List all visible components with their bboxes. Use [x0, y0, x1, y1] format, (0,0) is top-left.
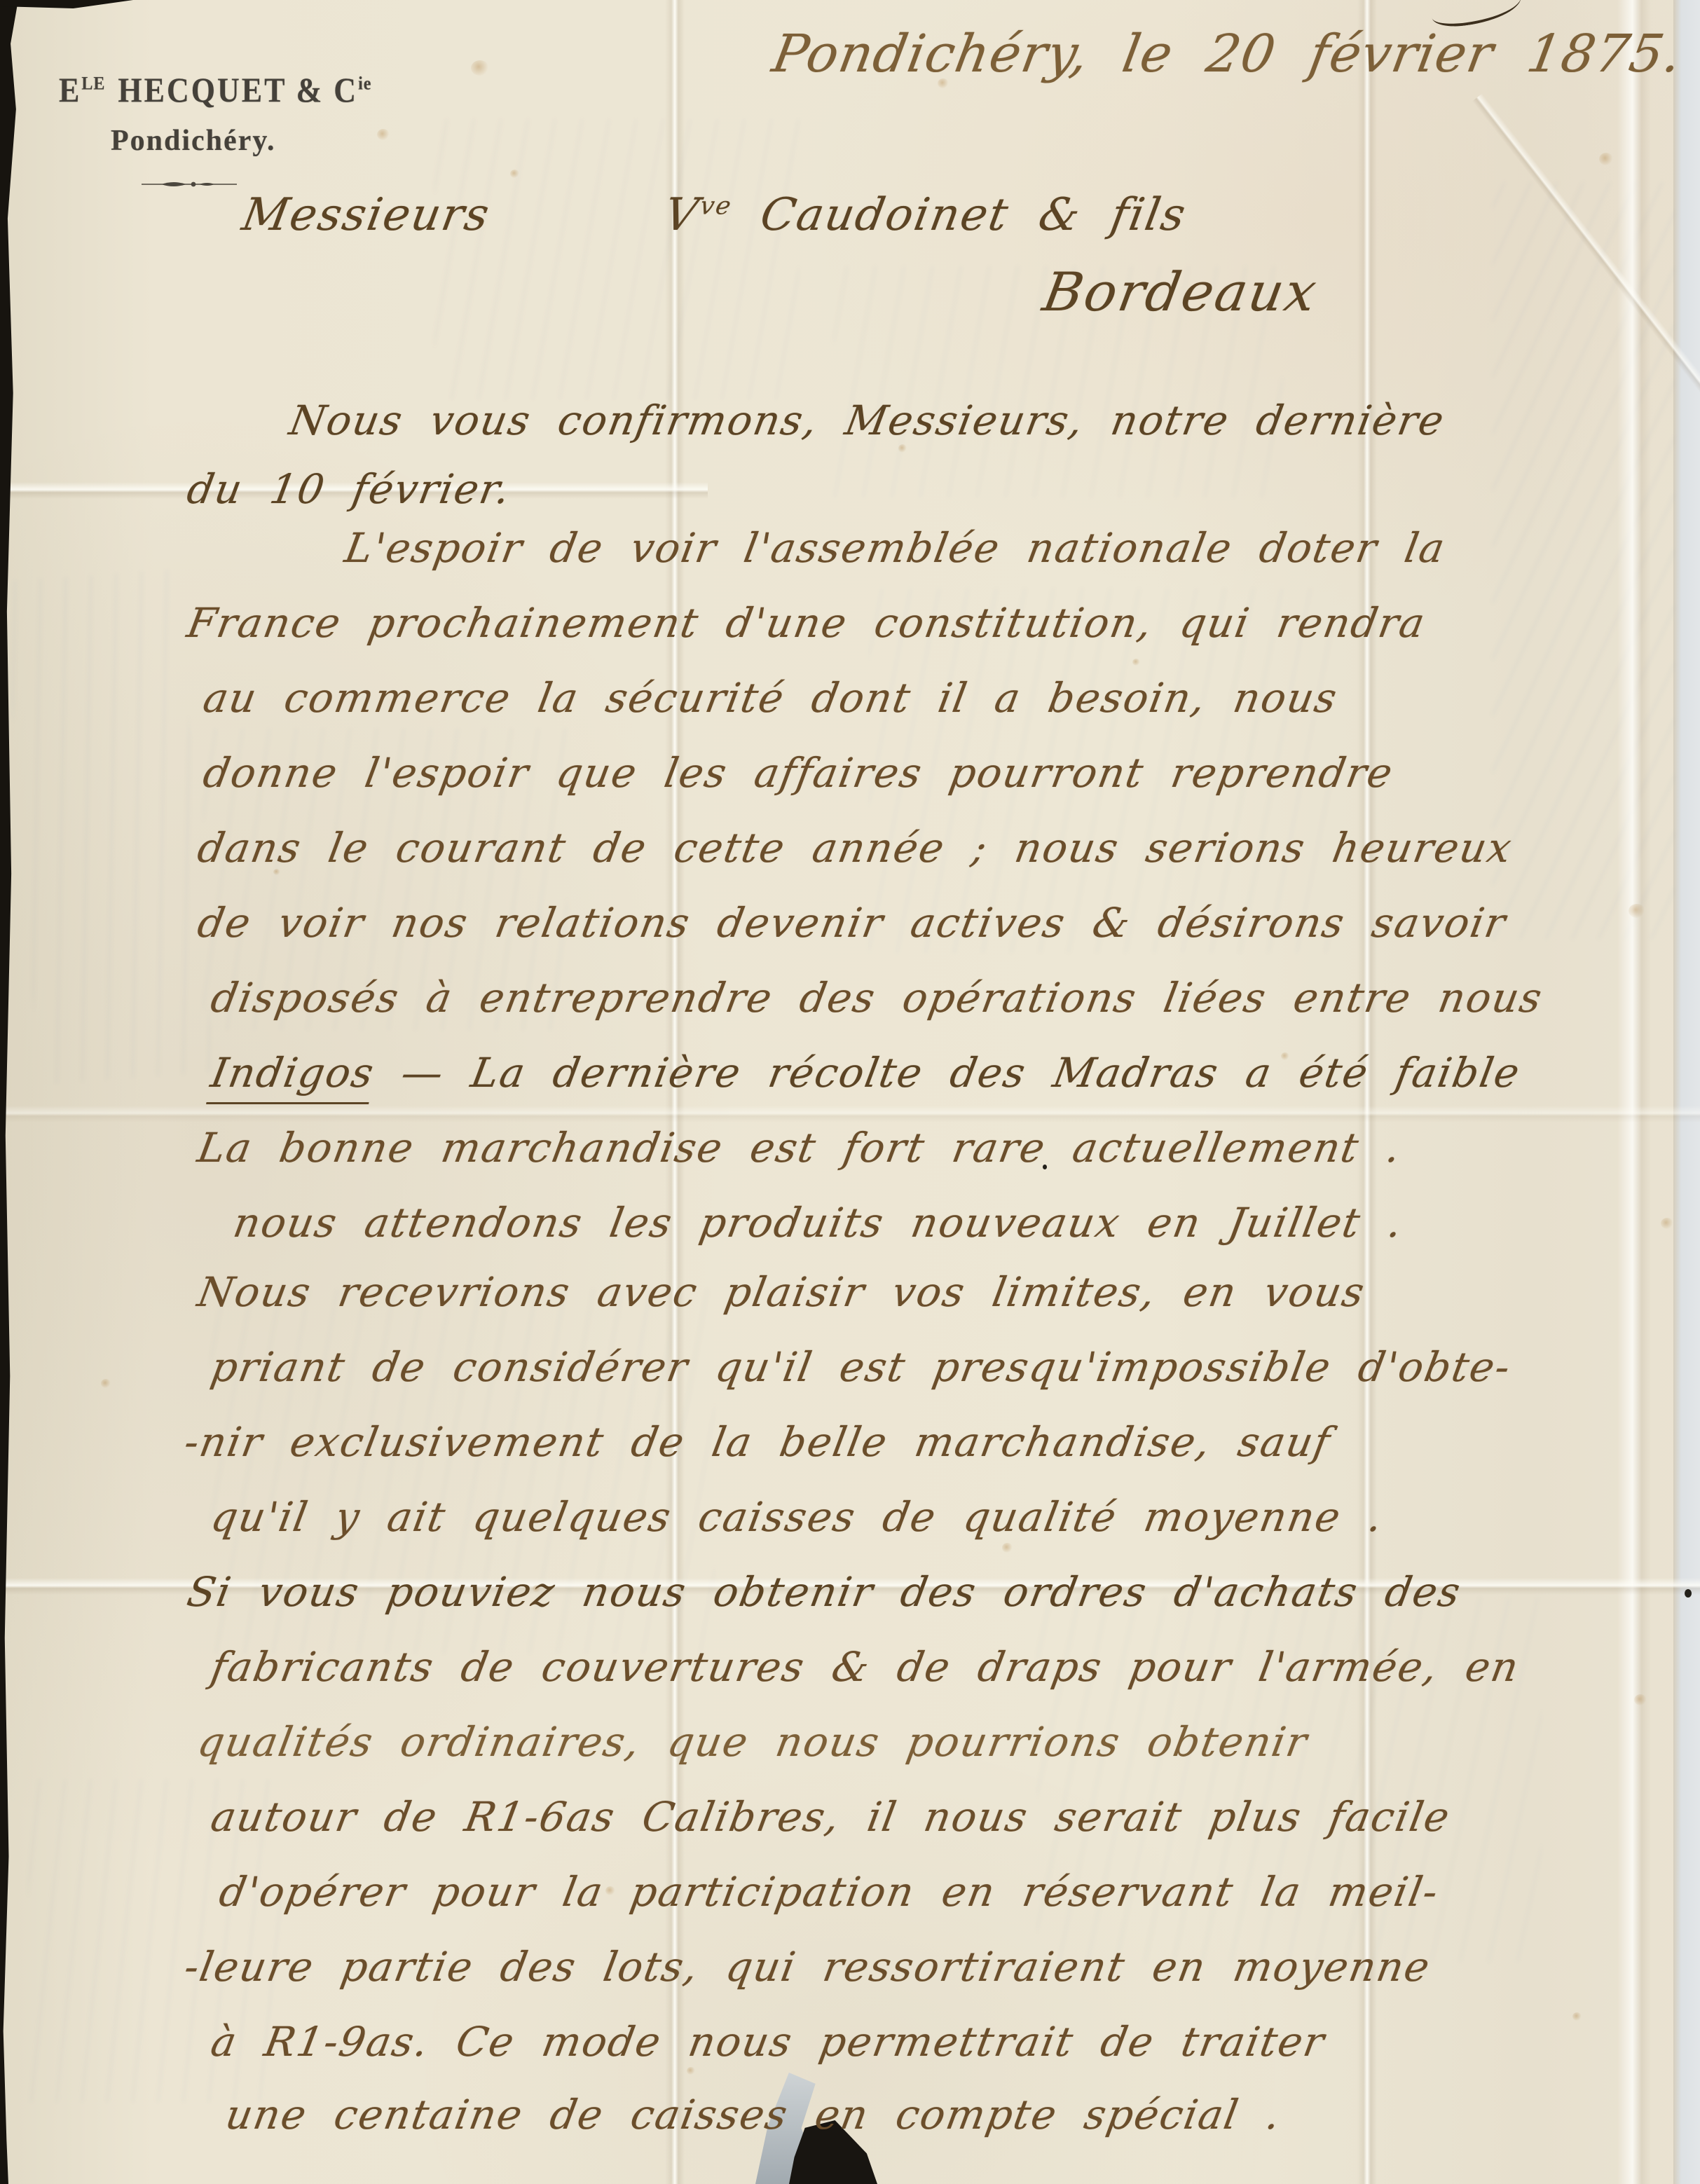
- body-line-19: qualités ordinaires, que nous pourrions …: [194, 1718, 1312, 1766]
- body-line-18: fabricants de couvertures & de draps pou…: [207, 1643, 1523, 1691]
- letterhead-company-sup: ie: [358, 74, 371, 94]
- bleedthrough-patch: [4, 569, 214, 1085]
- body-line-4: France prochainement d'une constitution,…: [184, 599, 1430, 647]
- letterhead-company: ELEHECQUET & Cie: [59, 70, 371, 110]
- diagonal-corner-crease: [1472, 93, 1700, 399]
- ink-speck: [1685, 1589, 1692, 1598]
- foxing-stain: [898, 444, 907, 453]
- body-line-16: qu'il y ait quelques caisses de qualité …: [207, 1493, 1387, 1541]
- foxing-stain: [1629, 904, 1645, 918]
- foxing-stain: [687, 2067, 695, 2075]
- body-line-10: Indigos — La dernière récolte des Madras…: [207, 1049, 1524, 1097]
- indigos-heading: Indigos: [206, 1049, 378, 1104]
- indigos-rest: — La dernière récolte des Madras a été f…: [398, 1049, 1525, 1097]
- body-line-12: nous attendons les produits nouveaux en …: [230, 1199, 1407, 1246]
- body-line-24: une centaine de caisses en compte spécia…: [222, 2091, 1285, 2138]
- body-line-17: Si vous pouviez nous obtenir des ordres …: [184, 1568, 1465, 1616]
- body-line-7: dans le courant de cette année ; nous se…: [194, 824, 1516, 872]
- body-line-23: à R1-9as. Ce mode nous permettrait de tr…: [207, 2018, 1329, 2066]
- letterhead-city: Pondichéry.: [111, 124, 371, 158]
- dateline: Pondichéry, le 20 février 1875.: [768, 24, 1687, 84]
- bleedthrough-patch: [434, 119, 799, 399]
- scan-edge-left: [0, 0, 18, 2184]
- recipient-city: Bordeaux: [1038, 261, 1323, 323]
- letterhead-company-name: HECQUET & C: [118, 71, 358, 109]
- foxing-stain: [510, 170, 519, 178]
- recipient-name-prefix: V: [660, 189, 704, 241]
- body-line-21: d'opérer pour la participation en réserv…: [216, 1868, 1443, 1916]
- body-line-15: -nir exclusivement de la belle marchandi…: [181, 1418, 1335, 1466]
- scan-edge-top: [0, 0, 133, 8]
- recipient-salutation: Messieurs: [238, 189, 494, 241]
- body-line-20: autour de R1-6as Calibres, il nous serai…: [207, 1793, 1454, 1841]
- letterhead: ELEHECQUET & Cie Pondichéry.: [59, 70, 371, 190]
- foxing-stain: [101, 1379, 111, 1388]
- body-line-14: priant de considérer qu'il est presqu'im…: [207, 1343, 1515, 1391]
- foxing-stain: [1002, 1543, 1013, 1553]
- foxing-stain: [471, 60, 489, 76]
- foxing-stain: [1661, 1218, 1673, 1229]
- body-line-6: donne l'espoir que les affaires pourront…: [200, 749, 1397, 797]
- vertical-fold-highlight: [1617, 0, 1651, 2184]
- body-line-11: La bonne marchandise est fort rare actue…: [194, 1124, 1406, 1172]
- body-line-5: au commerce la sécurité dont il a besoin…: [200, 674, 1341, 722]
- foxing-stain: [1634, 1694, 1647, 1705]
- letter-scan: ELEHECQUET & Cie Pondichéry. Pondichéry,…: [0, 0, 1700, 2184]
- body-line-22: -leure partie des lots, qui ressortiraie…: [181, 1943, 1434, 1991]
- ornament-divider-icon: [140, 179, 238, 190]
- body-line-3: L'espoir de voir l'assemblée nationale d…: [341, 524, 1449, 572]
- body-line-8: de voir nos relations devenir actives & …: [194, 899, 1510, 947]
- adjacent-page-edge: [1673, 0, 1700, 2184]
- recipient-name-prefix-sup: ve: [698, 192, 734, 221]
- foxing-stain: [1132, 659, 1140, 666]
- body-line-2: du 10 février.: [184, 465, 515, 513]
- letterhead-company-initial-sup: LE: [81, 74, 105, 94]
- body-line-1: Nous vous confirmons, Messieurs, notre d…: [286, 397, 1448, 444]
- recipient-line: MessieursVve Caudoinet & fils: [238, 189, 1191, 241]
- body-line-9: disposés à entreprendre des opérations l…: [207, 974, 1547, 1022]
- recipient-name: Caudoinet & fils: [757, 189, 1191, 241]
- foxing-stain: [377, 129, 390, 140]
- foxing-stain: [1599, 153, 1613, 165]
- body-line-13: Nous recevrions avec plaisir vos limites…: [194, 1268, 1369, 1316]
- letterhead-company-initial: E: [59, 71, 81, 109]
- foxing-stain: [1572, 2012, 1582, 2021]
- horizontal-fold-crease: [0, 1106, 1700, 1122]
